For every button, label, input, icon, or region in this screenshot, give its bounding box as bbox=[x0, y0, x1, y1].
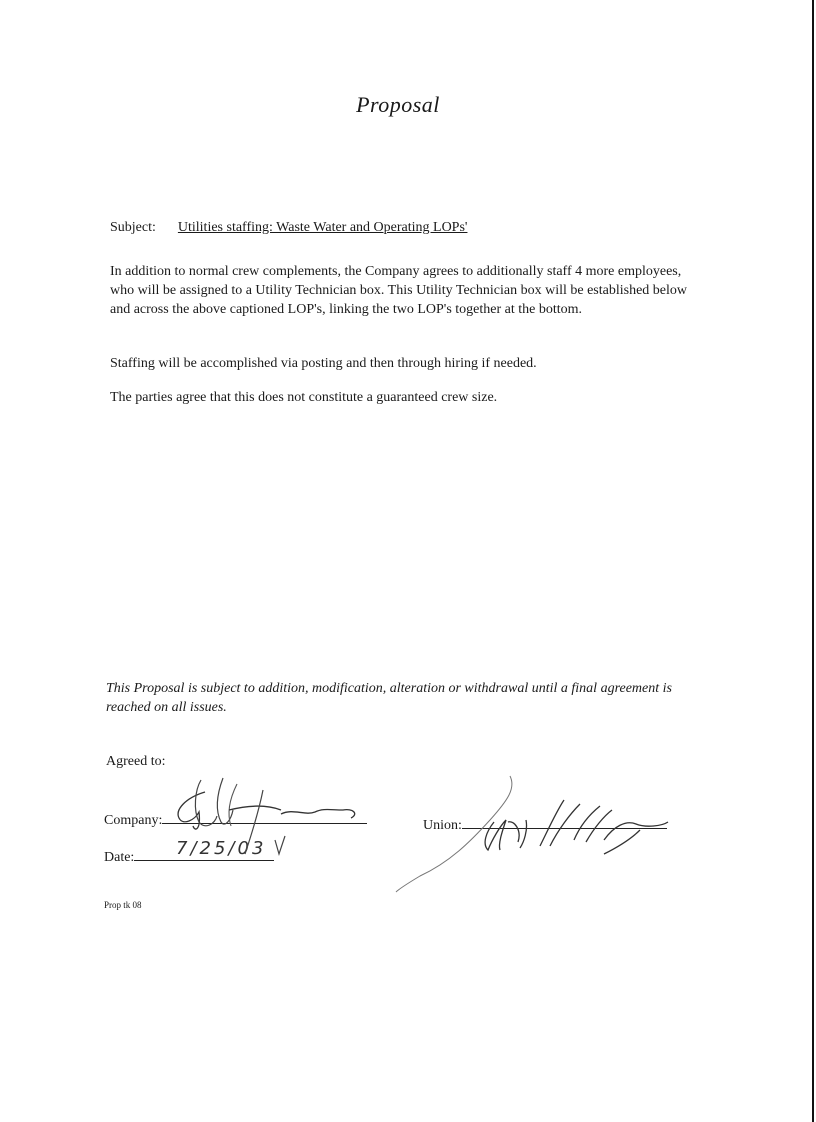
document-title: Proposal bbox=[0, 92, 796, 118]
company-signature-underline bbox=[162, 809, 367, 824]
subject-value: Utilities staffing: Waste Water and Oper… bbox=[156, 220, 468, 235]
date-label: Date: bbox=[104, 850, 134, 865]
paragraph-staffing-terms: In addition to normal crew complements, … bbox=[110, 262, 700, 319]
company-signature-line: Company: bbox=[104, 809, 367, 829]
union-signature-icon bbox=[390, 770, 680, 900]
subject-line: Subject:Utilities staffing: Waste Water … bbox=[110, 220, 467, 236]
union-signature-underline bbox=[462, 814, 667, 829]
footer-document-code: Prop tk 08 bbox=[104, 900, 142, 910]
paragraph-hiring: Staffing will be accomplished via postin… bbox=[110, 354, 700, 373]
disclaimer-text: This Proposal is subject to addition, mo… bbox=[106, 679, 706, 717]
subject-label: Subject: bbox=[110, 220, 156, 235]
company-label: Company: bbox=[104, 813, 162, 828]
agreed-to-label: Agreed to: bbox=[106, 754, 165, 770]
handwritten-date: 7/25/03 bbox=[176, 838, 266, 859]
union-signature-line: Union: bbox=[423, 814, 667, 834]
union-label: Union: bbox=[423, 818, 462, 833]
paragraph-crew-size: The parties agree that this does not con… bbox=[110, 388, 700, 407]
scan-edge-border bbox=[812, 0, 814, 1122]
